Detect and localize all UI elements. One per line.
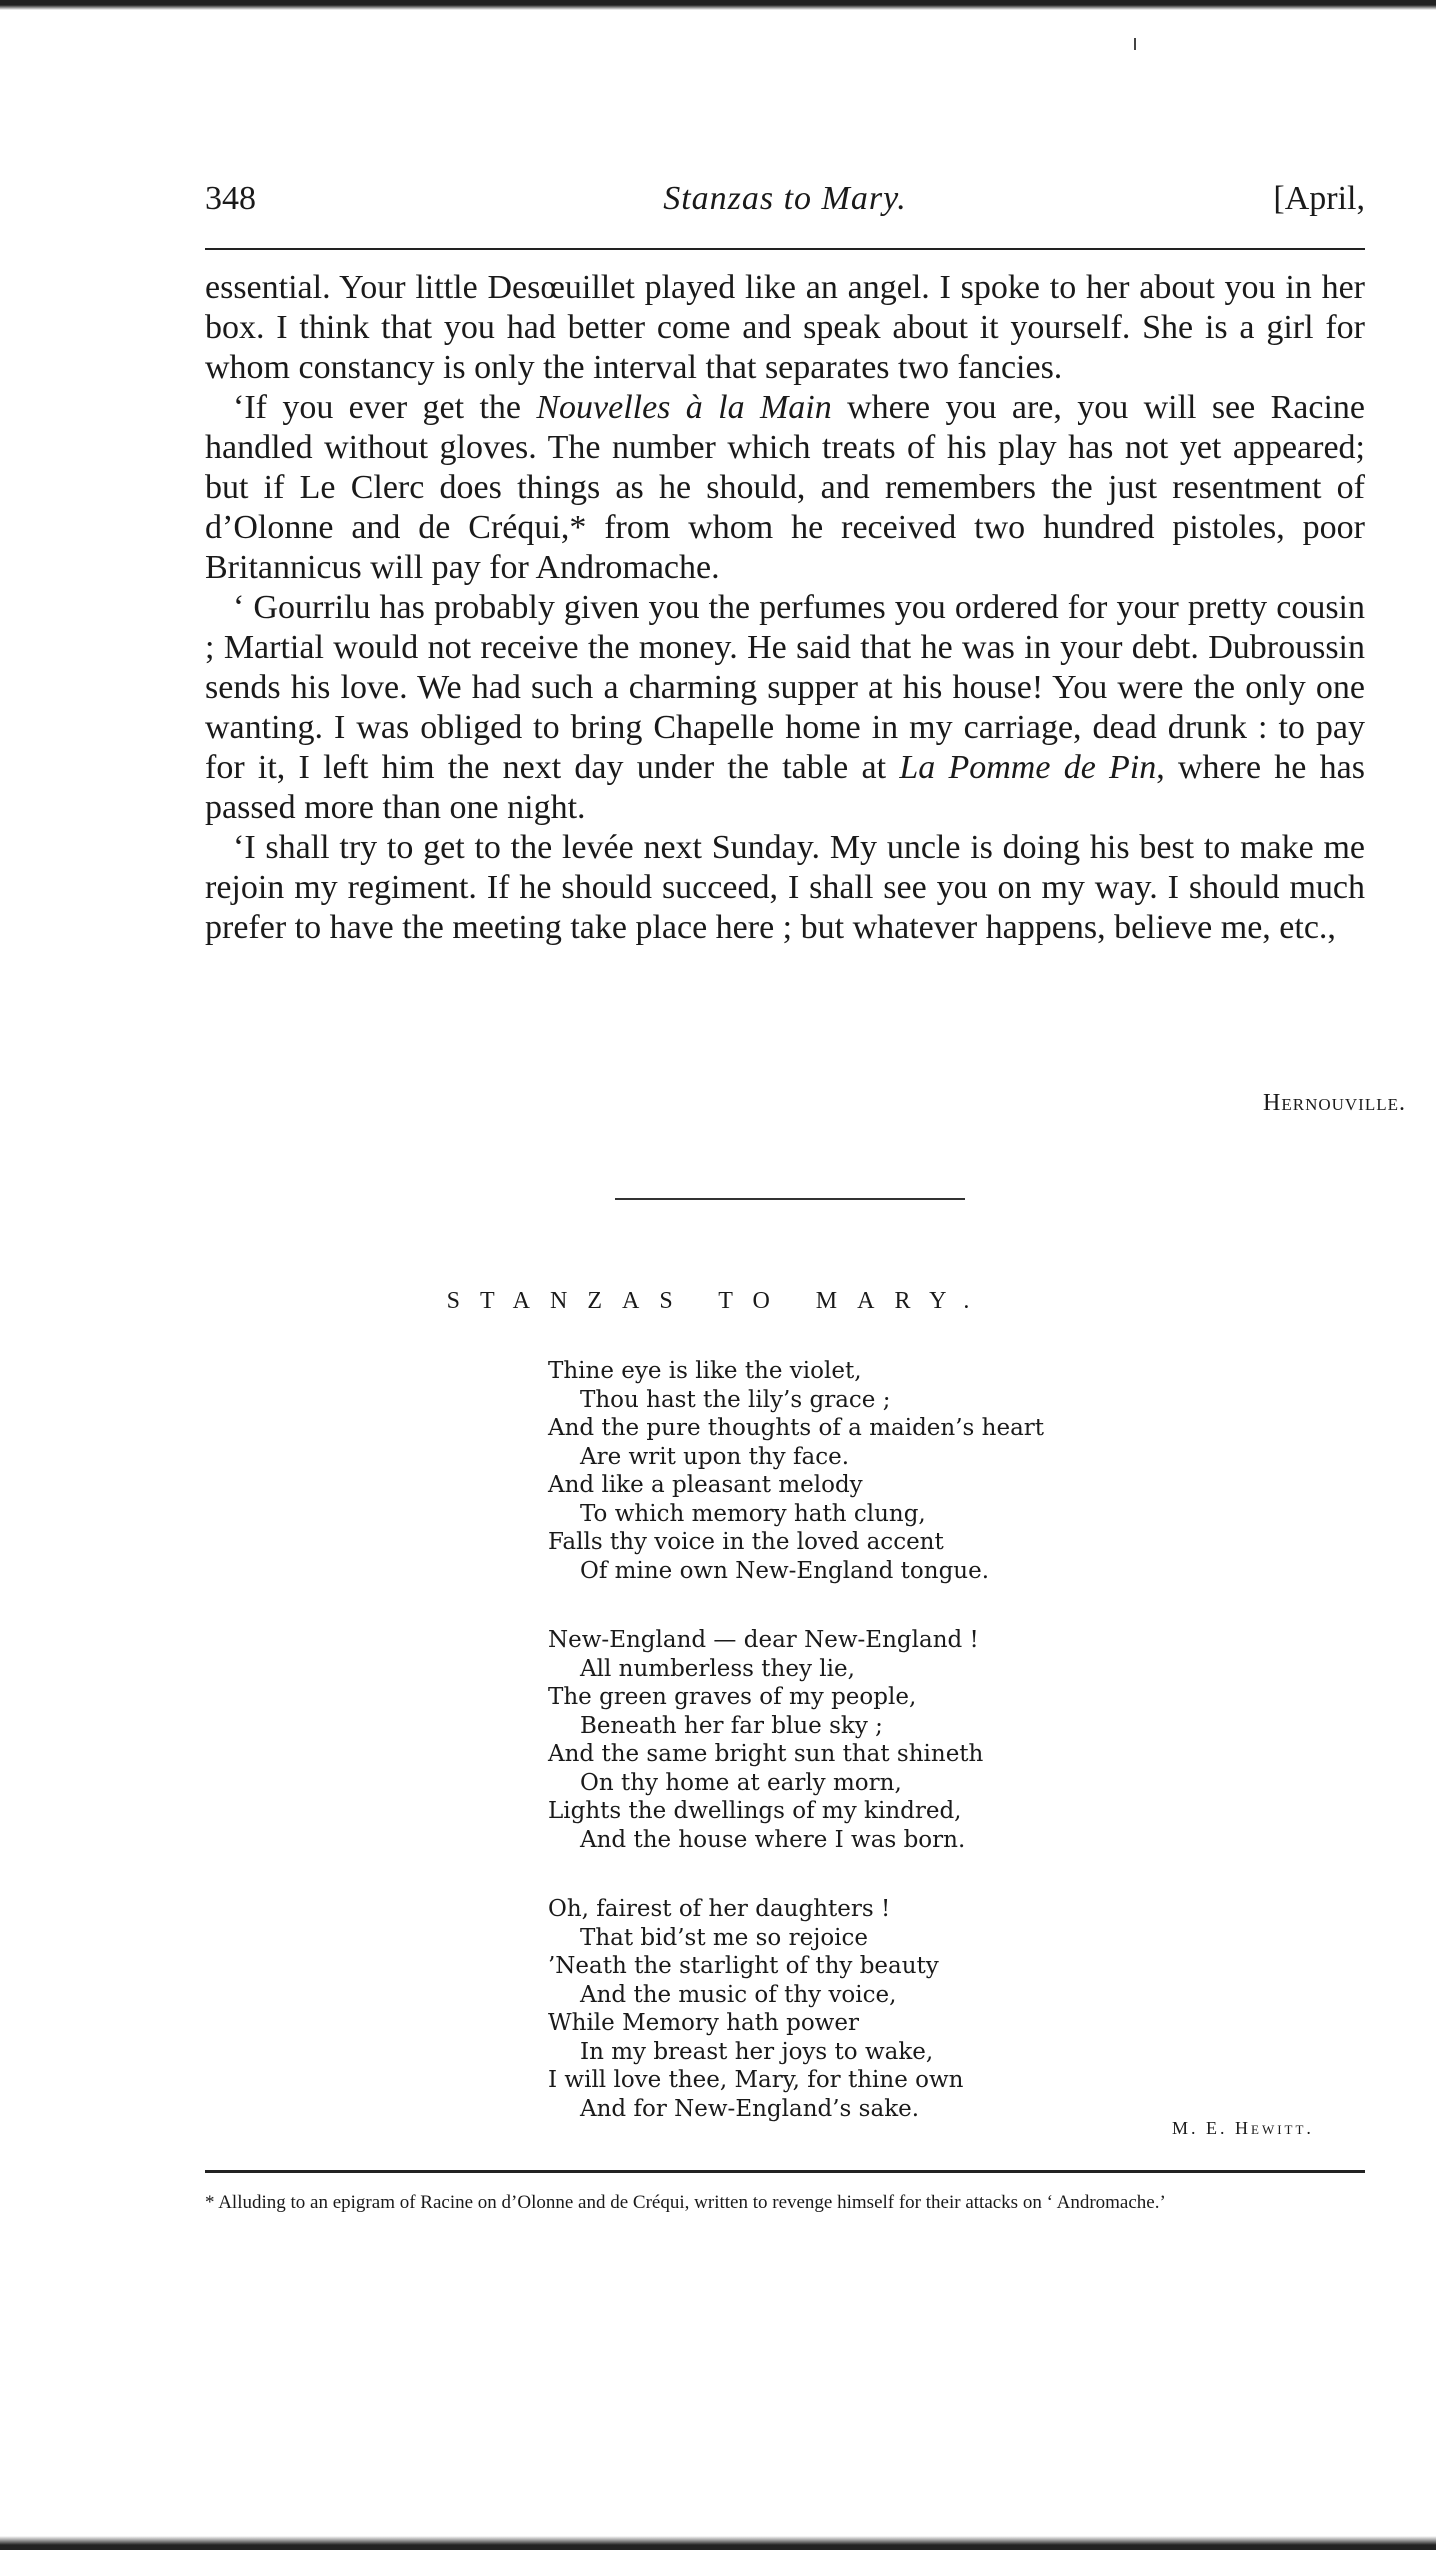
poem-author: M. E. Hewitt.: [1172, 2118, 1314, 2139]
poem-line: And the music of thy voice,: [548, 1981, 1044, 2010]
poem-line: And the same bright sun that shineth: [548, 1740, 1044, 1769]
footnote-marker: *: [205, 2192, 215, 2213]
poem-line: ’Neath the starlight of thy beauty: [548, 1952, 1044, 1981]
page-header: 348 Stanzas to Mary. [April,: [205, 180, 1365, 220]
poem-line: To which memory hath clung,: [548, 1500, 1044, 1529]
poem-line: Of mine own New-England tongue.: [548, 1557, 1044, 1586]
poem-line: I will love thee, Mary, for thine own: [548, 2066, 1044, 2095]
poem-title: STANZAS TO MARY.: [0, 1288, 1436, 1315]
italic-title: Nouvelles à la Main: [536, 389, 831, 426]
poem-line: And for New-England’s sake.: [548, 2095, 1044, 2124]
poem-body: Thine eye is like the violet,Thou hast t…: [548, 1357, 1044, 2164]
poem-stanza: Thine eye is like the violet,Thou hast t…: [548, 1357, 1044, 1585]
scan-speck: [1134, 38, 1136, 50]
scan-edge-bottom: [0, 2536, 1436, 2550]
paragraph-text: ‘I shall try to get to the levée next Su…: [205, 829, 1365, 946]
poem-line: And the pure thoughts of a maiden’s hear…: [548, 1414, 1044, 1443]
running-date: [April,: [1273, 180, 1365, 218]
poem-line: And like a pleasant melody: [548, 1471, 1044, 1500]
section-divider: [615, 1198, 965, 1200]
letter-paragraph: ‘I shall try to get to the levée next Su…: [205, 828, 1365, 948]
poem-line: Oh, fairest of her daughters !: [548, 1895, 1044, 1924]
poem-line: Lights the dwellings of my kindred,: [548, 1797, 1044, 1826]
letter-paragraph: ‘If you ever get the Nouvelles à la Main…: [205, 388, 1365, 588]
letter-body: essential. Your little Desœuillet played…: [205, 268, 1365, 948]
poem-line: While Memory hath power: [548, 2009, 1044, 2038]
italic-title: La Pomme de Pin: [899, 749, 1156, 786]
poem-line: Thine eye is like the violet,: [548, 1357, 1044, 1386]
header-rule: [205, 248, 1365, 250]
poem-stanza: New-England — dear New-England !All numb…: [548, 1626, 1044, 1854]
poem-line: And the house where I was born.: [548, 1826, 1044, 1855]
letter-paragraph: essential. Your little Desœuillet played…: [205, 268, 1365, 388]
footnote: * Alluding to an epigram of Racine on d’…: [205, 2192, 1365, 2213]
poem-line: In my breast her joys to wake,: [548, 2038, 1044, 2067]
poem-line: Falls thy voice in the loved accent: [548, 1528, 1044, 1557]
letter-paragraph: ‘ Gourrilu has probably given you the pe…: [205, 588, 1365, 828]
scan-edge-top: [0, 0, 1436, 10]
running-title: Stanzas to Mary.: [205, 180, 1365, 218]
poem-line: Are writ upon thy face.: [548, 1443, 1044, 1472]
poem-stanza: Oh, fairest of her daughters !That bid’s…: [548, 1895, 1044, 2123]
poem-line: New-England — dear New-England !: [548, 1626, 1044, 1655]
paragraph-text: ‘If you ever get the: [233, 389, 536, 426]
poem-line: The green graves of my people,: [548, 1683, 1044, 1712]
poem-line: That bid’st me so rejoice: [548, 1924, 1044, 1953]
letter-signature: Hernouville.: [1263, 1090, 1406, 1117]
poem-line: All numberless they lie,: [548, 1655, 1044, 1684]
poem-line: On thy home at early morn,: [548, 1769, 1044, 1798]
paragraph-text: essential. Your little Desœuillet played…: [205, 269, 1365, 386]
poem-line: Thou hast the lily’s grace ;: [548, 1386, 1044, 1415]
footnote-rule: [205, 2170, 1365, 2173]
poem-line: Beneath her far blue sky ;: [548, 1712, 1044, 1741]
footnote-text: Alluding to an epigram of Racine on d’Ol…: [218, 2192, 1166, 2213]
